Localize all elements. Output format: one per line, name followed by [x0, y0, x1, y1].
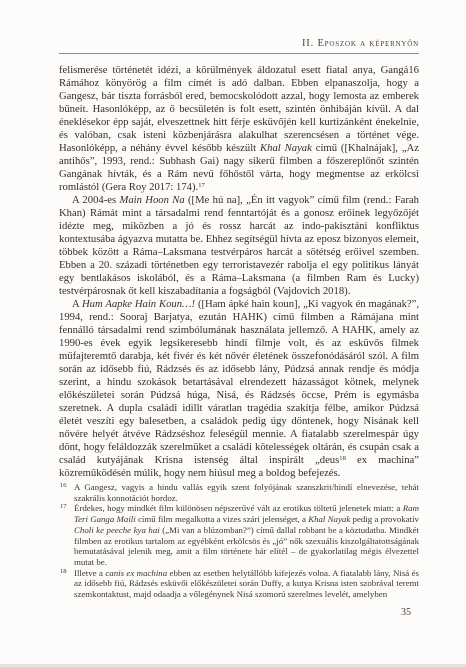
footnote-ref: 17 [198, 182, 205, 189]
italic-title: Main Hoon Na [119, 195, 184, 206]
paragraph: felismerése történetét idézi, a körülmén… [59, 64, 419, 194]
paragraph: A Hum Aapke Hain Koun…! ([Ham ápké hain … [59, 298, 419, 480]
text-run: pedig a provokatív [350, 514, 419, 524]
text-run: A [72, 299, 82, 310]
italic-title: Khal Nayak [260, 143, 312, 154]
text-run: Illetve a [74, 568, 105, 578]
footnote-marker: 16 [60, 481, 67, 492]
running-head-title: II. Eposzok a képernyőn [59, 38, 419, 50]
footnote: 17Érdekes, hogy mindkét film különösen n… [59, 503, 419, 567]
text-run: felismerése történetét idézi, a körülmén… [59, 65, 419, 154]
footnote: 16A Gangesz, vagyis a hindu vallás egyik… [59, 482, 419, 503]
paragraph: A 2004-es Main Hoon Na ([Me hú na], „Én … [59, 194, 419, 298]
italic-title: Hum Aapke Hain Koun…! [82, 299, 195, 310]
body-text: felismerése történetét idézi, a körülmén… [59, 64, 419, 480]
text-run: című film megalkotta a vizes szári jelen… [136, 514, 308, 524]
footnote-marker: 18 [60, 567, 67, 578]
text-run: A 2004-es [72, 195, 119, 206]
page-number: 35 [59, 607, 411, 618]
footnote-ref: 18 [339, 455, 346, 462]
footnote-marker: 17 [60, 502, 67, 513]
text-run: ([Me hú na], „Én itt vagyok” című film (… [59, 195, 419, 297]
header-rule [59, 53, 419, 54]
italic-title: Choli ke peeche kya hai [74, 525, 160, 535]
book-page: II. Eposzok a képernyőn felismerése tört… [0, 0, 466, 667]
italic-title: Khal Nayak [308, 514, 350, 524]
footnotes: 16A Gangesz, vagyis a hindu vallás egyik… [59, 482, 419, 600]
text-run: Érdekes, hogy mindkét film különösen nép… [74, 503, 403, 513]
page-header: II. Eposzok a képernyőn [59, 38, 419, 54]
italic-title: canis ex machina [105, 568, 167, 578]
text-run: A Gangesz, vagyis a hindu vallás egyik s… [74, 482, 419, 503]
text-run: ([Ham ápké hain koun], „Ki vagyok én mag… [59, 299, 419, 466]
footnote: 18Illetve a canis ex machina ebben az es… [59, 568, 419, 600]
